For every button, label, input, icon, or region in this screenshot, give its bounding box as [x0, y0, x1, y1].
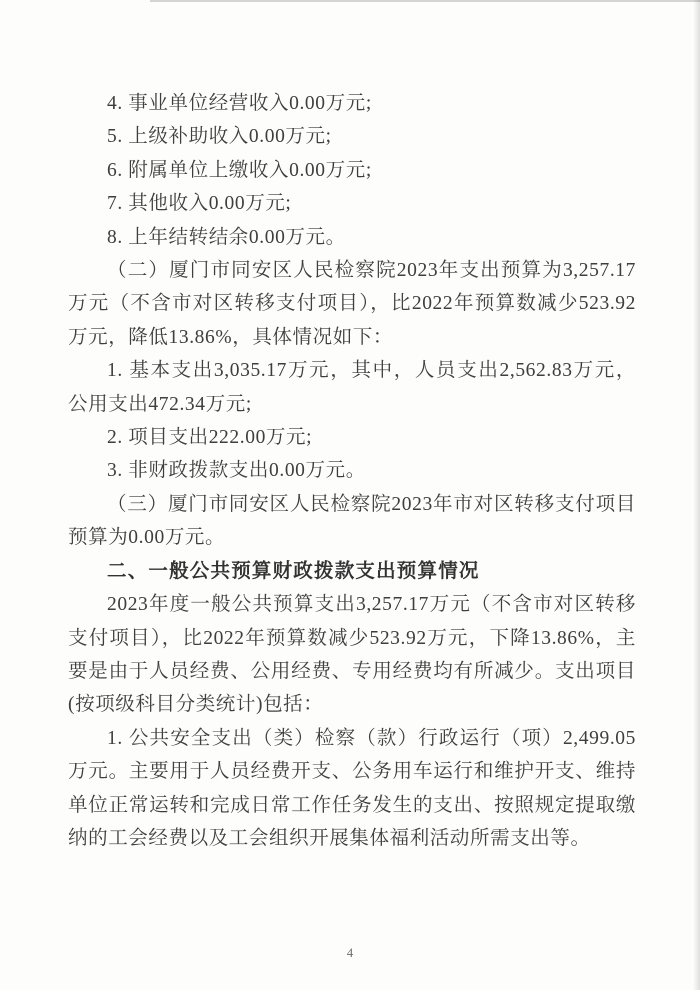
document-body: 4. 事业单位经营收入0.00万元; 5. 上级补助收入0.00万元; 6. 附…: [68, 87, 636, 855]
list-item-other-income: 7. 其他收入0.00万元;: [68, 187, 636, 220]
list-item-affiliated-unit-income: 6. 附属单位上缴收入0.00万元;: [68, 154, 636, 187]
list-item-non-fiscal-expenditure: 3. 非财政拨款支出0.00万元。: [68, 454, 636, 487]
paragraph-transfer-payment-budget: （三）厦门市同安区人民检察院2023年市对区转移支付项目预算为0.00万元。: [68, 488, 636, 555]
paragraph-expenditure-budget-summary: （二）厦门市同安区人民检察院2023年支出预算为3,257.17万元（不含市对区…: [68, 254, 636, 354]
paragraph-general-budget-details: 2023年度一般公共预算支出3,257.17万元（不含市对区转移支付项目），比2…: [68, 588, 636, 722]
paragraph-public-safety-expenditure: 1. 公共安全支出（类）检察（款）行政运行（项）2,499.05万元。主要用于人…: [68, 722, 636, 856]
list-item-project-expenditure: 2. 项目支出222.00万元;: [68, 421, 636, 454]
list-item-basic-expenditure: 1. 基本支出3,035.17万元，其中，人员支出2,562.83万元，公用支出…: [68, 354, 636, 421]
list-item-superior-subsidy-income: 5. 上级补助收入0.00万元;: [68, 120, 636, 153]
scan-artifact-right-edge: [693, 0, 700, 990]
scan-artifact-top-edge: [150, 0, 700, 2]
page-number: 4: [347, 946, 353, 960]
section-heading-general-public-budget: 二、一般公共预算财政拨款支出预算情况: [68, 555, 636, 588]
page-footer: 4: [0, 944, 700, 962]
list-item-business-income: 4. 事业单位经营收入0.00万元;: [68, 87, 636, 120]
document-page: 4. 事业单位经营收入0.00万元; 5. 上级补助收入0.00万元; 6. 附…: [0, 0, 700, 990]
list-item-carryover-balance: 8. 上年结转结余0.00万元。: [68, 221, 636, 254]
